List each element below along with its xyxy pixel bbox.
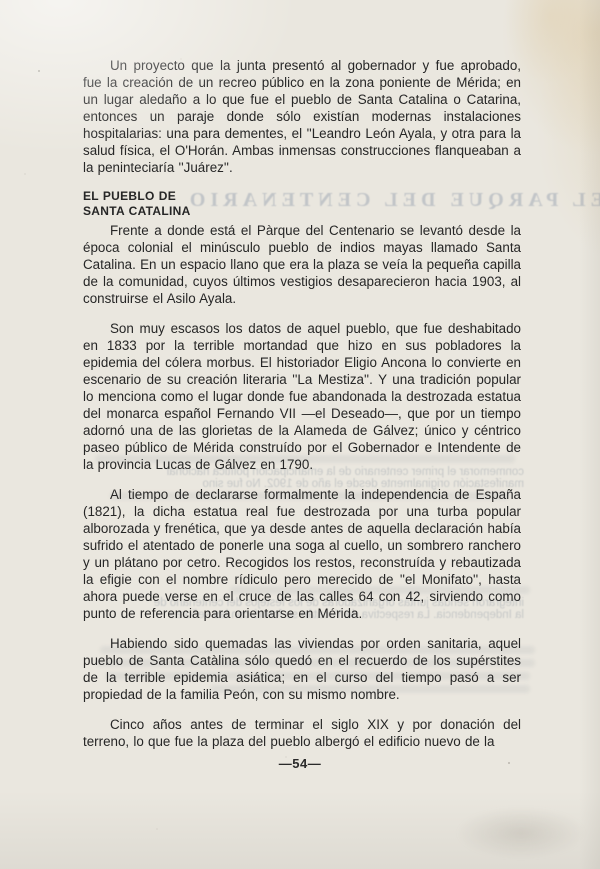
paragraph-1: Un proyecto que la junta presentó al gob… bbox=[83, 57, 521, 176]
paper-specks bbox=[38, 70, 40, 72]
text-column: Un proyecto que la junta presentó al gob… bbox=[83, 57, 521, 763]
section-heading: EL PUEBLO DE SANTA CATALINA bbox=[83, 189, 521, 219]
section-heading-line-2: SANTA CATALINA bbox=[83, 204, 521, 219]
page-number: —54— bbox=[0, 756, 600, 771]
paragraph-5: Habiendo sido quemadas las viviendas por… bbox=[83, 635, 521, 703]
section-heading-line-1: EL PUEBLO DE bbox=[83, 189, 521, 204]
paper-smudge bbox=[456, 807, 586, 859]
paragraph-3: Son muy escasos los datos de aquel puebl… bbox=[83, 320, 521, 473]
paragraph-4: Al tiempo de declararse formalmente la i… bbox=[83, 486, 521, 622]
paragraph-6: Cinco años antes de terminar el siglo XI… bbox=[83, 716, 521, 750]
paragraph-2: Frente a donde está el Pàrque del Centen… bbox=[83, 222, 521, 307]
scanned-book-page: EL PARQUE DEL CENTENARIO conmemorar el p… bbox=[0, 0, 600, 869]
